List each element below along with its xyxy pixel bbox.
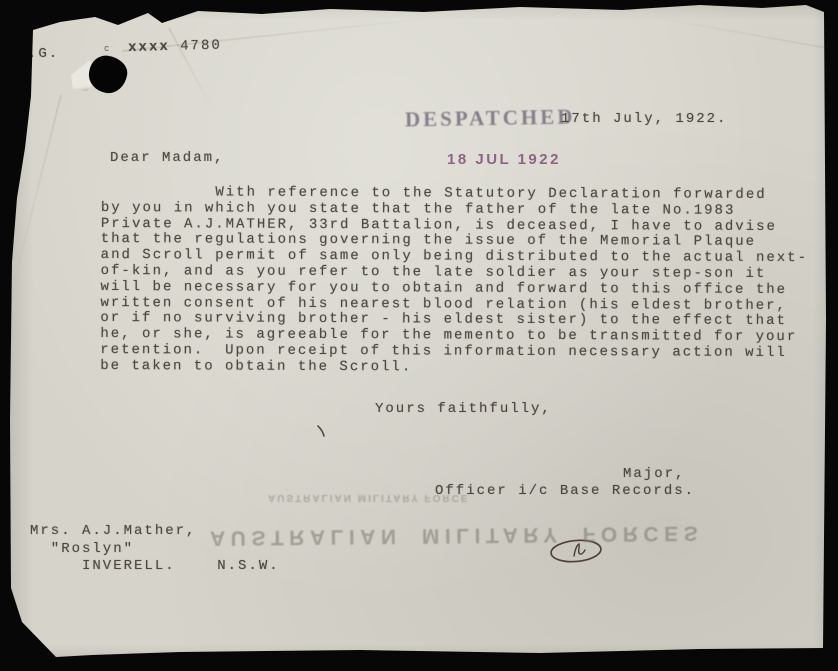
pen-tick-mark — [315, 388, 373, 474]
scanned-letter: .G. xxxx 4780 c 6 DESPATCHED 17th July, … — [0, 0, 838, 671]
bleed-through-stamp-echo: AUSTRALIAN MILITARY FORCES — [268, 492, 468, 503]
signature-office: Officer i/c Base Records. — [435, 483, 695, 499]
reference-number — [170, 39, 181, 55]
closing: Yours faithfully, — [375, 401, 552, 417]
crease-line — [640, 14, 837, 51]
salutation: Dear Madam, — [110, 150, 224, 166]
corner-mark: .G. — [28, 46, 59, 62]
crease-line — [9, 95, 62, 299]
stray-typed-mark: c — [104, 44, 109, 54]
reference-line: xxxx 4780 — [128, 38, 222, 56]
despatched-stamp: DESPATCHED — [405, 105, 576, 133]
typed-date: 17th July, 1922. — [561, 111, 727, 127]
bleed-through-stamp: AUSTRALIAN MILITARY FORCES — [210, 520, 703, 549]
reference-number: 4780 — [180, 38, 222, 55]
recipient-address: Mrs. A.J.Mather, "Roslyn" INVERELL. N.S.… — [30, 523, 280, 576]
signature-rank: Major, — [623, 466, 685, 482]
letter-paper: .G. xxxx 4780 c 6 DESPATCHED 17th July, … — [0, 0, 838, 671]
letter-body: With reference to the Statutory Declarat… — [100, 185, 808, 378]
received-date-stamp: 18 JUL 1922 — [447, 151, 561, 168]
handwritten-circled-initial — [548, 501, 606, 603]
reference-strikeout: xxxx — [128, 39, 170, 56]
